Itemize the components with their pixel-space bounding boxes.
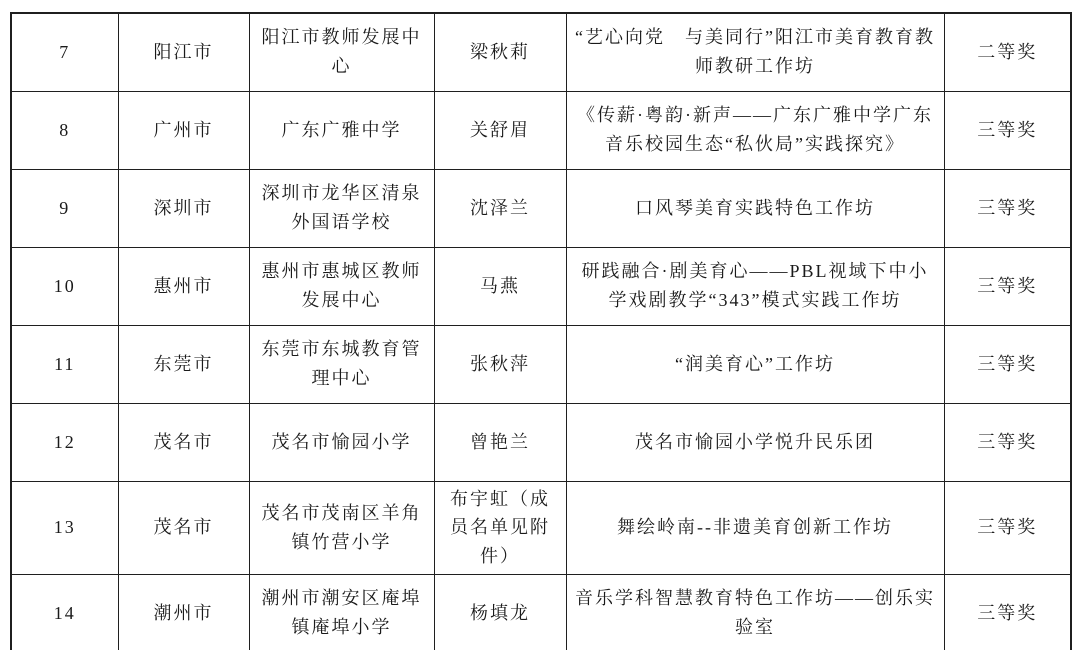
cell-award-level: 二等奖 (944, 13, 1071, 91)
cell-row-number: 13 (11, 481, 118, 574)
cell-project-title: 茂名市愉园小学悦升民乐团 (566, 403, 944, 481)
cell-project-title: 音乐学科智慧教育特色工作坊——创乐实验室 (566, 574, 944, 650)
cell-city: 茂名市 (118, 481, 249, 574)
table-row: 14潮州市潮州市潮安区庵埠镇庵埠小学杨填龙音乐学科智慧教育特色工作坊——创乐实验… (11, 574, 1071, 650)
cell-person-name: 张秋萍 (434, 325, 566, 403)
cell-organization: 广东广雅中学 (249, 91, 434, 169)
cell-row-number: 7 (11, 13, 118, 91)
table-row: 9深圳市深圳市龙华区清泉外国语学校沈泽兰口风琴美育实践特色工作坊三等奖 (11, 169, 1071, 247)
award-table-body: 7阳江市阳江市教师发展中心梁秋莉“艺心向党 与美同行”阳江市美育教育教师教研工作… (11, 13, 1071, 650)
cell-row-number: 11 (11, 325, 118, 403)
cell-city: 深圳市 (118, 169, 249, 247)
cell-row-number: 10 (11, 247, 118, 325)
cell-person-name: 关舒眉 (434, 91, 566, 169)
cell-row-number: 9 (11, 169, 118, 247)
cell-city: 茂名市 (118, 403, 249, 481)
cell-organization: 惠州市惠城区教师发展中心 (249, 247, 434, 325)
cell-award-level: 三等奖 (944, 574, 1071, 650)
cell-project-title: “润美育心”工作坊 (566, 325, 944, 403)
cell-row-number: 14 (11, 574, 118, 650)
cell-person-name: 马燕 (434, 247, 566, 325)
cell-organization: 东莞市东城教育管理中心 (249, 325, 434, 403)
cell-project-title: 《传薪·粤韵·新声——广东广雅中学广东音乐校园生态“私伙局”实践探究》 (566, 91, 944, 169)
cell-project-title: 研践融合·剧美育心——PBL视域下中小学戏剧教学“343”模式实践工作坊 (566, 247, 944, 325)
cell-person-name: 曾艳兰 (434, 403, 566, 481)
award-table: 7阳江市阳江市教师发展中心梁秋莉“艺心向党 与美同行”阳江市美育教育教师教研工作… (10, 12, 1072, 650)
cell-city: 惠州市 (118, 247, 249, 325)
cell-award-level: 三等奖 (944, 91, 1071, 169)
cell-city: 广州市 (118, 91, 249, 169)
cell-city: 潮州市 (118, 574, 249, 650)
table-row: 8广州市广东广雅中学关舒眉《传薪·粤韵·新声——广东广雅中学广东音乐校园生态“私… (11, 91, 1071, 169)
cell-person-name: 布宇虹（成员名单见附件） (434, 481, 566, 574)
cell-award-level: 三等奖 (944, 169, 1071, 247)
cell-person-name: 沈泽兰 (434, 169, 566, 247)
cell-award-level: 三等奖 (944, 403, 1071, 481)
table-row: 11东莞市东莞市东城教育管理中心张秋萍“润美育心”工作坊三等奖 (11, 325, 1071, 403)
cell-organization: 茂名市茂南区羊角镇竹营小学 (249, 481, 434, 574)
cell-row-number: 8 (11, 91, 118, 169)
cell-city: 阳江市 (118, 13, 249, 91)
table-row: 7阳江市阳江市教师发展中心梁秋莉“艺心向党 与美同行”阳江市美育教育教师教研工作… (11, 13, 1071, 91)
table-row: 13茂名市茂名市茂南区羊角镇竹营小学布宇虹（成员名单见附件）舞绘岭南--非遗美育… (11, 481, 1071, 574)
cell-award-level: 三等奖 (944, 325, 1071, 403)
table-row: 10惠州市惠州市惠城区教师发展中心马燕研践融合·剧美育心——PBL视域下中小学戏… (11, 247, 1071, 325)
cell-organization: 茂名市愉园小学 (249, 403, 434, 481)
cell-project-title: “艺心向党 与美同行”阳江市美育教育教师教研工作坊 (566, 13, 944, 91)
document-page: 7阳江市阳江市教师发展中心梁秋莉“艺心向党 与美同行”阳江市美育教育教师教研工作… (0, 0, 1080, 650)
cell-organization: 潮州市潮安区庵埠镇庵埠小学 (249, 574, 434, 650)
cell-project-title: 口风琴美育实践特色工作坊 (566, 169, 944, 247)
cell-award-level: 三等奖 (944, 247, 1071, 325)
cell-award-level: 三等奖 (944, 481, 1071, 574)
cell-organization: 阳江市教师发展中心 (249, 13, 434, 91)
cell-city: 东莞市 (118, 325, 249, 403)
cell-person-name: 杨填龙 (434, 574, 566, 650)
table-row: 12茂名市茂名市愉园小学曾艳兰茂名市愉园小学悦升民乐团三等奖 (11, 403, 1071, 481)
cell-person-name: 梁秋莉 (434, 13, 566, 91)
cell-row-number: 12 (11, 403, 118, 481)
cell-project-title: 舞绘岭南--非遗美育创新工作坊 (566, 481, 944, 574)
cell-organization: 深圳市龙华区清泉外国语学校 (249, 169, 434, 247)
